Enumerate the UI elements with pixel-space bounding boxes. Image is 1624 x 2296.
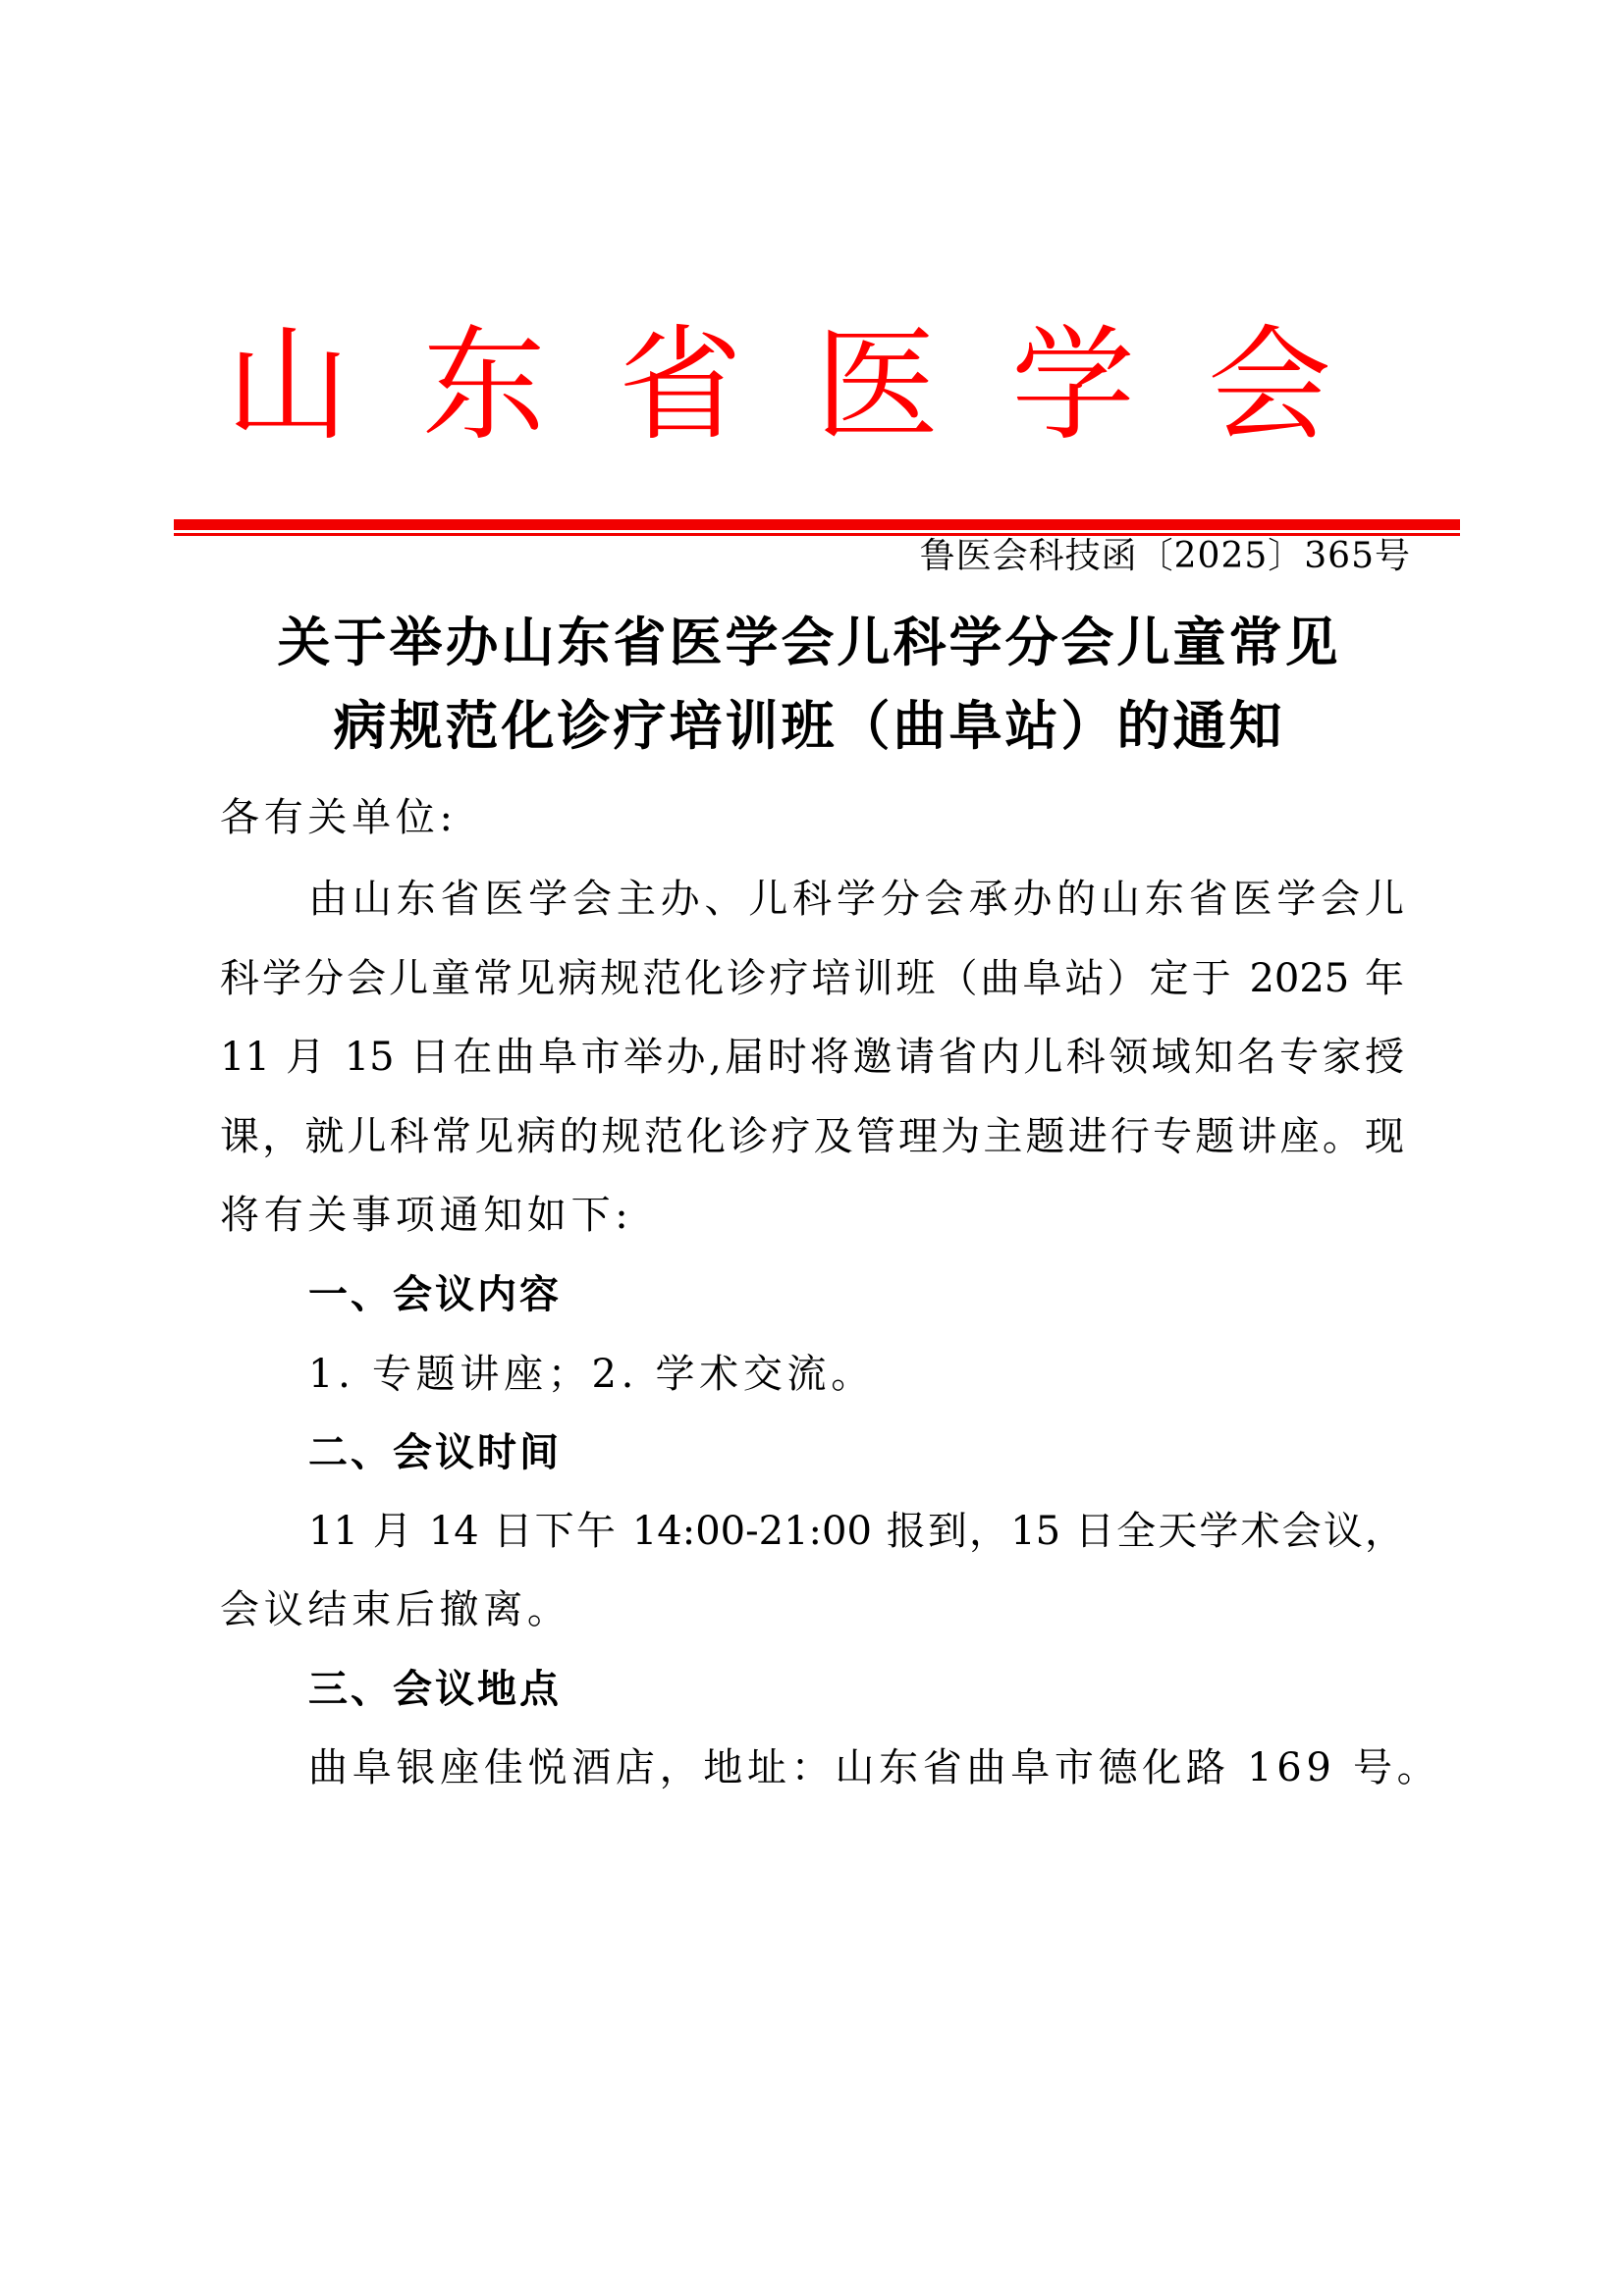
letterhead-char: 医 — [815, 312, 1011, 459]
section-line: 会议结束后撤离。 — [220, 1580, 571, 1639]
section-heading-time: 二、会议时间 — [308, 1423, 562, 1482]
document-page: 山 东 省 医 学 会 鲁医会科技函〔2025〕365号 关于举办山东省医学会儿… — [0, 0, 1624, 2296]
letterhead-char: 山 — [226, 312, 422, 459]
section-line: 1. 专题讲座；2. 学术交流。 — [308, 1345, 875, 1404]
section-heading-content: 一、会议内容 — [308, 1265, 562, 1324]
intro-line: 课，就儿科常见病的规范化诊疗及管理为主题进行专题讲座。现 — [220, 1107, 1404, 1166]
letterhead-char: 学 — [1011, 312, 1208, 459]
letterhead-char: 东 — [422, 312, 619, 459]
letterhead-char: 会 — [1208, 312, 1404, 459]
intro-line: 由山东省医学会主办、儿科学分会承办的山东省医学会儿 — [308, 870, 1404, 929]
letterhead-divider-thick — [174, 519, 1460, 530]
document-title-line-1: 关于举办山东省医学会儿科学分会儿童常见 — [0, 609, 1621, 677]
letterhead-org-name: 山 东 省 医 学 会 — [226, 312, 1404, 459]
document-number: 鲁医会科技函〔2025〕365号 — [920, 535, 1411, 578]
intro-line: 11 月 15 日在曲阜市举办,届时将邀请省内儿科领域知名专家授 — [220, 1028, 1404, 1087]
document-title-line-2: 病规范化诊疗培训班（曲阜站）的通知 — [0, 692, 1621, 761]
letterhead-char: 省 — [619, 312, 815, 459]
section-line: 11 月 14 日下午 14:00-21:00 报到，15 日全天学术会议， — [308, 1502, 1404, 1561]
section-heading-venue: 三、会议地点 — [308, 1660, 562, 1719]
salutation: 各有关单位: — [220, 788, 458, 847]
section-line: 曲阜银座佳悦酒店，地址：山东省曲阜市德化路 169 号。 — [308, 1738, 1440, 1797]
intro-line: 将有关事项通知如下: — [220, 1186, 632, 1245]
intro-line: 科学分会儿童常见病规范化诊疗培训班（曲阜站）定于 2025 年 — [220, 949, 1404, 1008]
